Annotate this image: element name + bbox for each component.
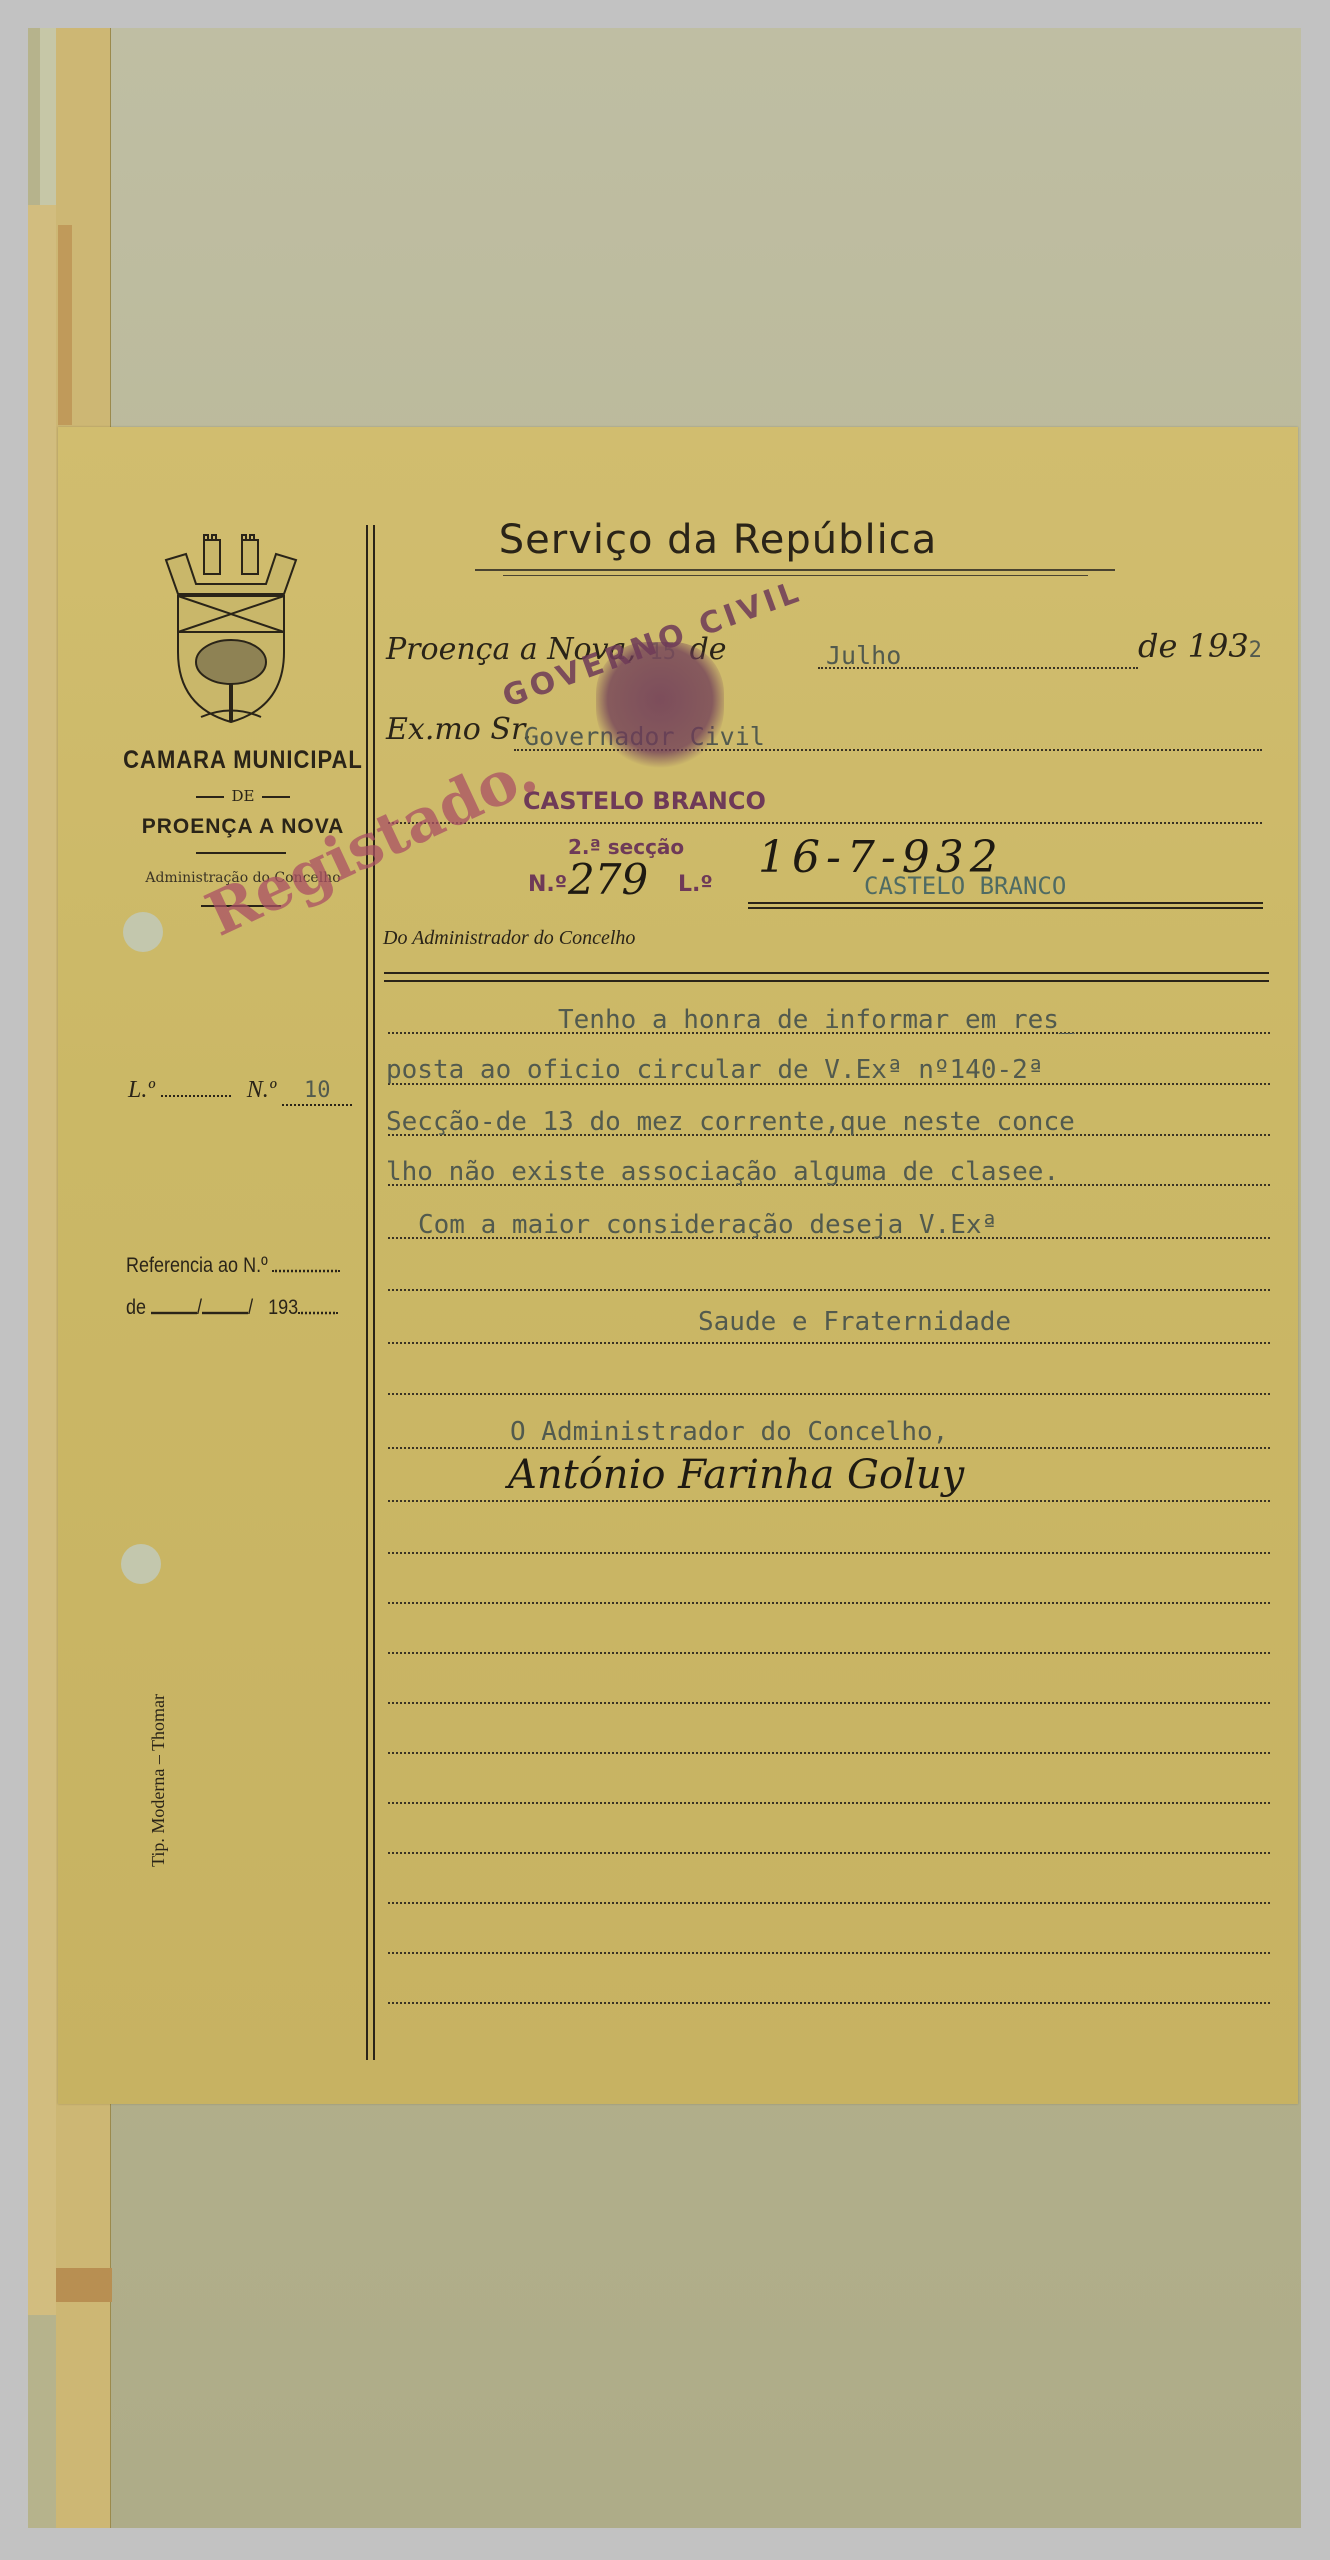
body-line	[388, 1393, 1270, 1395]
body-line	[388, 1752, 1270, 1754]
reference-field[interactable]	[272, 1270, 340, 1272]
reference-day-field[interactable]	[151, 1312, 197, 1314]
institution-name: CAMARA MUNICIPAL	[118, 745, 368, 775]
margin-rule	[373, 525, 375, 2060]
title-rule	[475, 569, 1115, 571]
page-title: Serviço da República	[468, 517, 968, 563]
body-line	[388, 1552, 1270, 1554]
body-line	[388, 1652, 1270, 1654]
institution-de: DE	[118, 787, 368, 805]
coat-of-arms-icon	[156, 532, 306, 732]
reference-date-row: de // 193	[126, 1295, 338, 1320]
book-number-row: L.ºN.º 10	[128, 1077, 352, 1106]
folder-edge	[28, 205, 56, 2315]
signature: António Farinha Goluy	[508, 1452, 964, 1498]
reference-year-field[interactable]	[298, 1312, 338, 1314]
closing-text: Saude e Fraternidade	[698, 1307, 1011, 1337]
margin-rule	[366, 525, 368, 2060]
registration-number: 279	[568, 855, 648, 904]
body-line	[388, 1342, 1270, 1344]
reference-row: Referencia ao N.º	[126, 1253, 340, 1278]
body-line	[388, 1852, 1270, 1854]
body-line	[388, 1602, 1270, 1604]
reference-month-field[interactable]	[202, 1312, 248, 1314]
year-label: de 1932	[1138, 627, 1262, 665]
body-line	[388, 1952, 1270, 1954]
month-value: Julho	[826, 641, 901, 670]
body-text-line: Secção-de 13 do mez corrente,que neste c…	[386, 1107, 1075, 1137]
destination-rule	[748, 902, 1263, 904]
number-field[interactable]: 10	[282, 1077, 352, 1106]
folder-tab	[58, 225, 72, 425]
body-text-line: Com a maior consideração deseja V.Exª	[418, 1210, 997, 1240]
section-rule	[384, 972, 1269, 974]
body-line	[388, 1500, 1270, 1502]
state-seal-icon	[596, 642, 724, 770]
destination-rule	[748, 907, 1263, 909]
body-text-line: posta ao oficio circular de V.Exª nº140-…	[386, 1055, 1043, 1085]
castelo-branco-stamp: CASTELO BRANCO	[523, 787, 766, 815]
body-line	[388, 1902, 1270, 1904]
body-line	[388, 1289, 1270, 1291]
book-field[interactable]	[161, 1095, 231, 1097]
body-line	[388, 1447, 1270, 1449]
folder-tab	[56, 2268, 112, 2302]
address-line[interactable]	[388, 822, 1262, 824]
body-line	[388, 2002, 1270, 2004]
l-stamp-label: L.º	[678, 872, 713, 897]
number-stamp-label: N.º	[528, 872, 567, 897]
year-suffix: 2	[1249, 638, 1262, 663]
section-rule	[384, 980, 1269, 982]
body-line	[388, 1702, 1270, 1704]
body-text-line: lho não existe associação alguma de clas…	[386, 1157, 1059, 1187]
body-text-line: Tenho a honra de informar em res_	[558, 1005, 1075, 1035]
printer-mark: Tip. Moderna – Thomar	[148, 1694, 169, 1867]
signatory-title: O Administrador do Concelho,	[510, 1417, 948, 1447]
body-line	[388, 1802, 1270, 1804]
destination-value: CASTELO BRANCO	[864, 872, 1066, 900]
punch-hole	[123, 912, 163, 952]
letter-sheet: CAMARA MUNICIPAL DE PROENÇA A NOVA Admin…	[58, 427, 1298, 2104]
sender-label: Do Administrador do Concelho	[383, 927, 635, 950]
punch-hole	[121, 1544, 161, 1584]
